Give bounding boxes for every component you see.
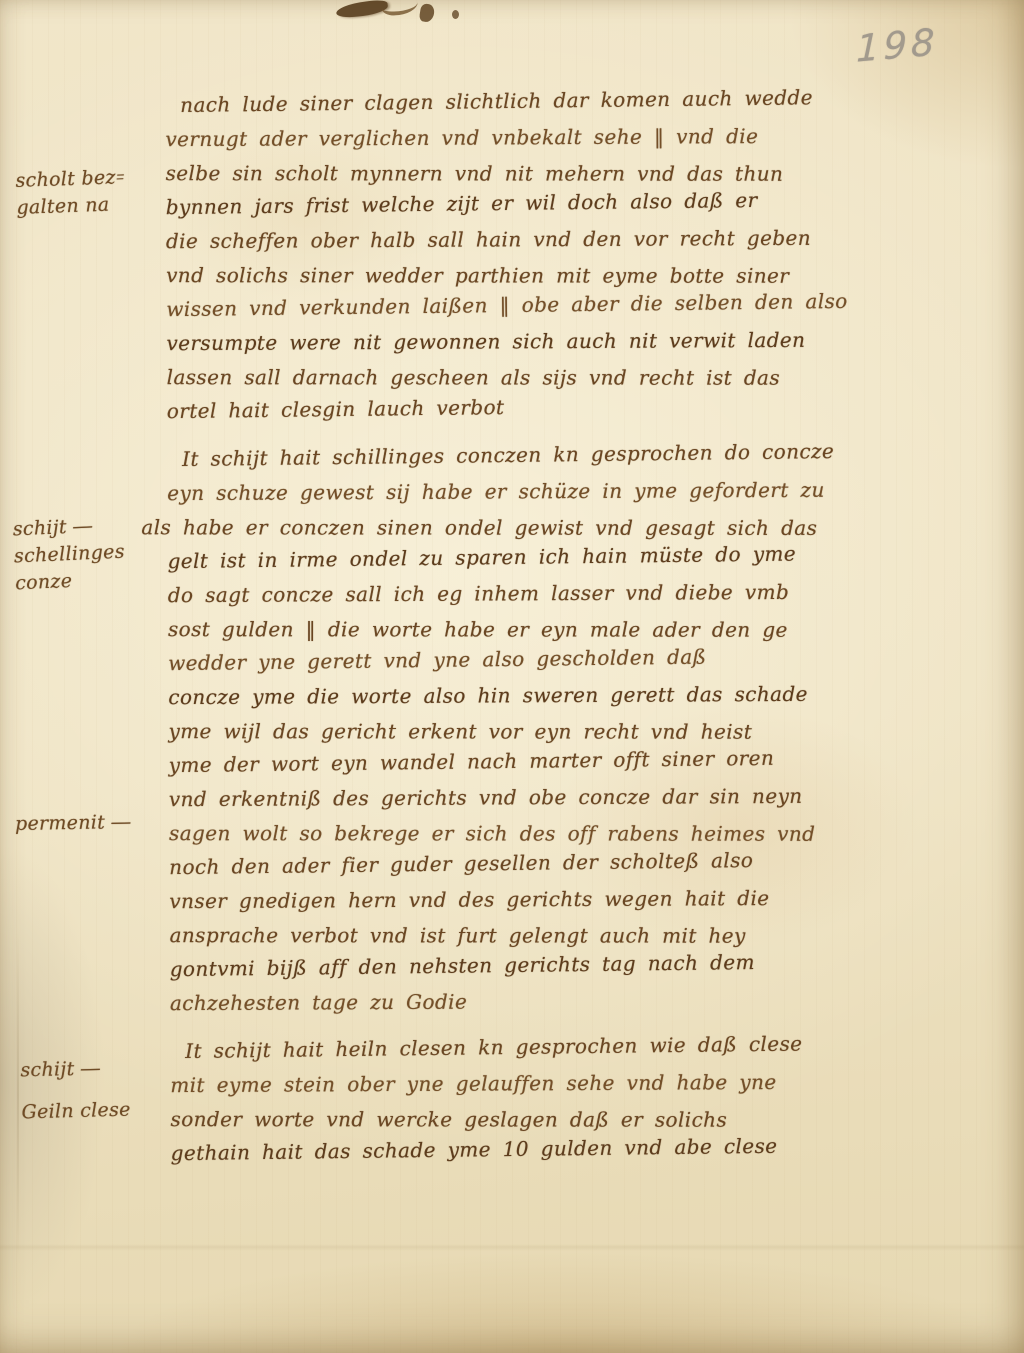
- text-line: nach lude siner clagen slichtlich dar ko…: [165, 78, 989, 122]
- margin-note-line: schijt ―: [20, 1047, 130, 1092]
- manuscript-page: 198 scholt bez꞊galten na schijt ―schelli…: [0, 0, 1024, 1353]
- text-line: die scheffen ober halb sall hain vnd den…: [166, 220, 990, 258]
- folio-number: 198: [856, 20, 939, 70]
- margin-note-line: Geiln clese: [21, 1089, 131, 1134]
- text-line: concze yme die worte also hin sweren ger…: [168, 676, 992, 714]
- text-line: It schijt hait heiln clesen kn gesproche…: [170, 1024, 994, 1068]
- margin-note-line: galten na: [16, 191, 125, 222]
- margin-note: schijt ―Geiln clese: [20, 1047, 131, 1134]
- text-line: versumpte were nit gewonnen sich auch ni…: [166, 322, 990, 360]
- ink-smudge-icon: [335, 0, 388, 19]
- text-line: achzehesten tage zu Godie: [170, 982, 994, 1020]
- text-line: vnser gnedigen hern vnd des gerichts weg…: [169, 880, 993, 918]
- margin-note-line: conze: [15, 566, 127, 598]
- margin-note: schijt ―schellingesconze: [12, 512, 126, 598]
- text-line: vernugt ader verglichen vnd vnbekalt seh…: [165, 118, 989, 156]
- paragraph: It schijt hait heiln clesen kn gesproche…: [170, 1030, 995, 1170]
- paragraph: nach lude siner clagen slichtlich dar ko…: [165, 84, 991, 428]
- margin-note: permenit ―: [15, 809, 131, 838]
- margin-note-line: scholt bez꞊: [15, 164, 124, 195]
- margin-note-line: schellinges: [13, 539, 125, 571]
- manuscript-text: nach lude siner clagen slichtlich dar ko…: [165, 84, 995, 1184]
- text-line: mit eyme stein ober yne gelauffen sehe v…: [170, 1064, 994, 1102]
- text-line: eyn schuze gewest sij habe er schüze in …: [167, 472, 991, 510]
- text-line: vnd erkentniß des gerichts vnd obe concz…: [169, 778, 993, 816]
- margin-note: scholt bez꞊galten na: [15, 164, 125, 222]
- text-line: It schijt hait schillinges conczen kn ge…: [167, 432, 991, 476]
- text-line: do sagt concze sall ich eg inhem lasser …: [168, 574, 992, 612]
- paragraph: It schijt hait schillinges conczen kn ge…: [167, 438, 994, 1020]
- ink-smudge-icon: [419, 3, 436, 23]
- margin-note-line: permenit ―: [15, 809, 131, 838]
- ink-smudge-icon: [452, 10, 459, 19]
